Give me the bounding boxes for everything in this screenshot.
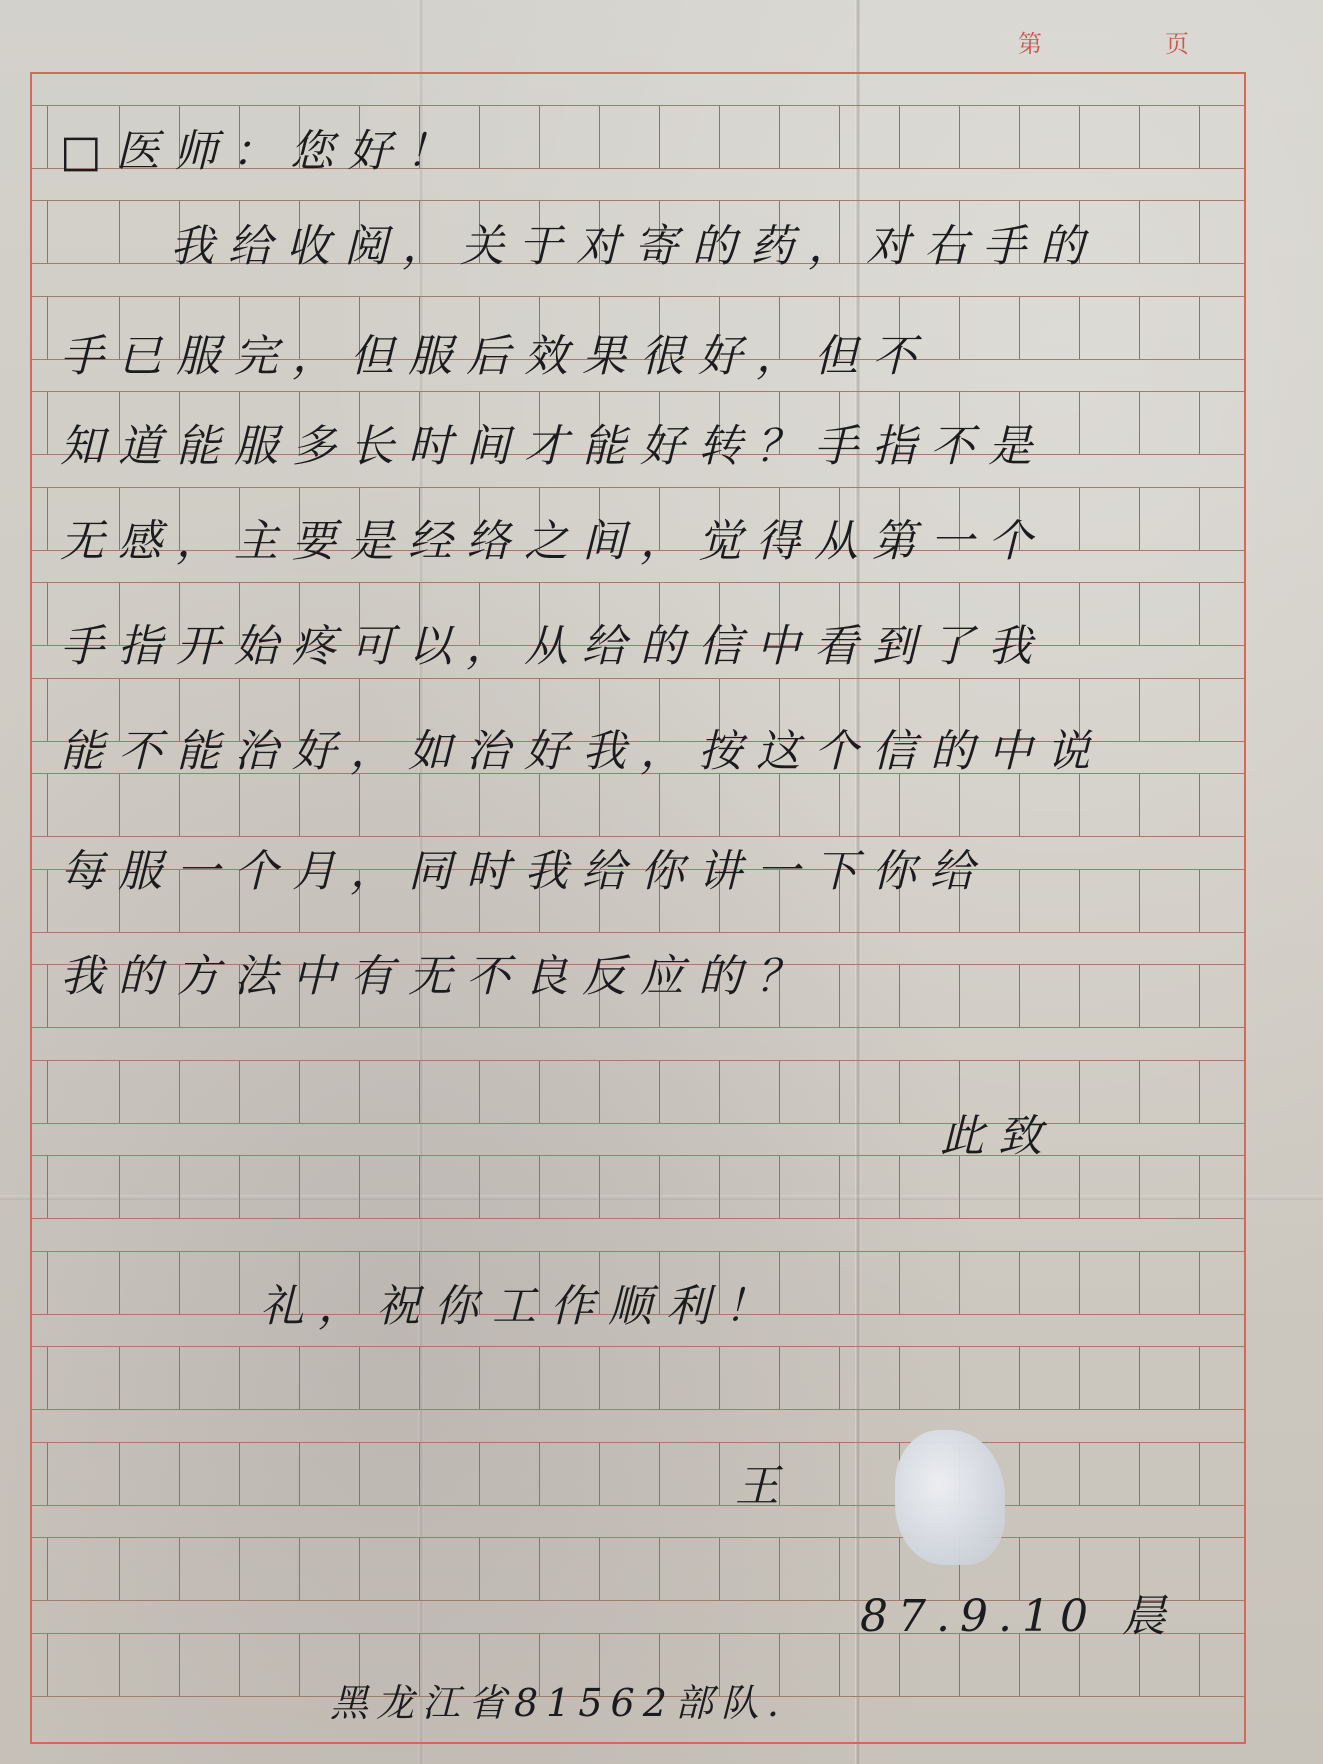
body-line: 手已服完，但服后效果很好，但不 [60, 320, 930, 384]
page-label-prefix: 第 [1018, 24, 1042, 59]
body-line: 我给收阅，关于对寄的药，对右手的 [170, 210, 1098, 274]
body-line: 每服一个月，同时我给你讲一下你给 [60, 835, 988, 899]
body-line: 知道能服多长时间才能好转？手指不是 [60, 410, 1046, 474]
grid-row [32, 1442, 1244, 1506]
grid-row [32, 1346, 1244, 1410]
grid-row [32, 1060, 1244, 1124]
salutation: □医师：您好！ [60, 115, 464, 179]
sender-address: 黑龙江省81562部队. [330, 1672, 787, 1727]
body-line: 无感，主要是经络之间，觉得从第一个 [60, 505, 1046, 569]
closing-line-2: 礼，祝你工作顺利！ [260, 1270, 782, 1334]
signature-prefix: 王 [735, 1450, 793, 1514]
grid-row [32, 1155, 1244, 1219]
closing-line-1: 此致 [940, 1100, 1056, 1164]
body-line: 手指开始疼可以，从给的信中看到了我 [60, 610, 1046, 674]
redaction-sticker [895, 1430, 1005, 1565]
body-line: 能不能治好，如治好我，按这个信的中说 [60, 715, 1104, 779]
grid-row [32, 773, 1244, 837]
letter-date: 87.9.10 晨 [860, 1580, 1176, 1644]
page-label-suffix: 页 [1165, 24, 1189, 59]
body-line: 我的方法中有无不良反应的？ [60, 940, 814, 1004]
